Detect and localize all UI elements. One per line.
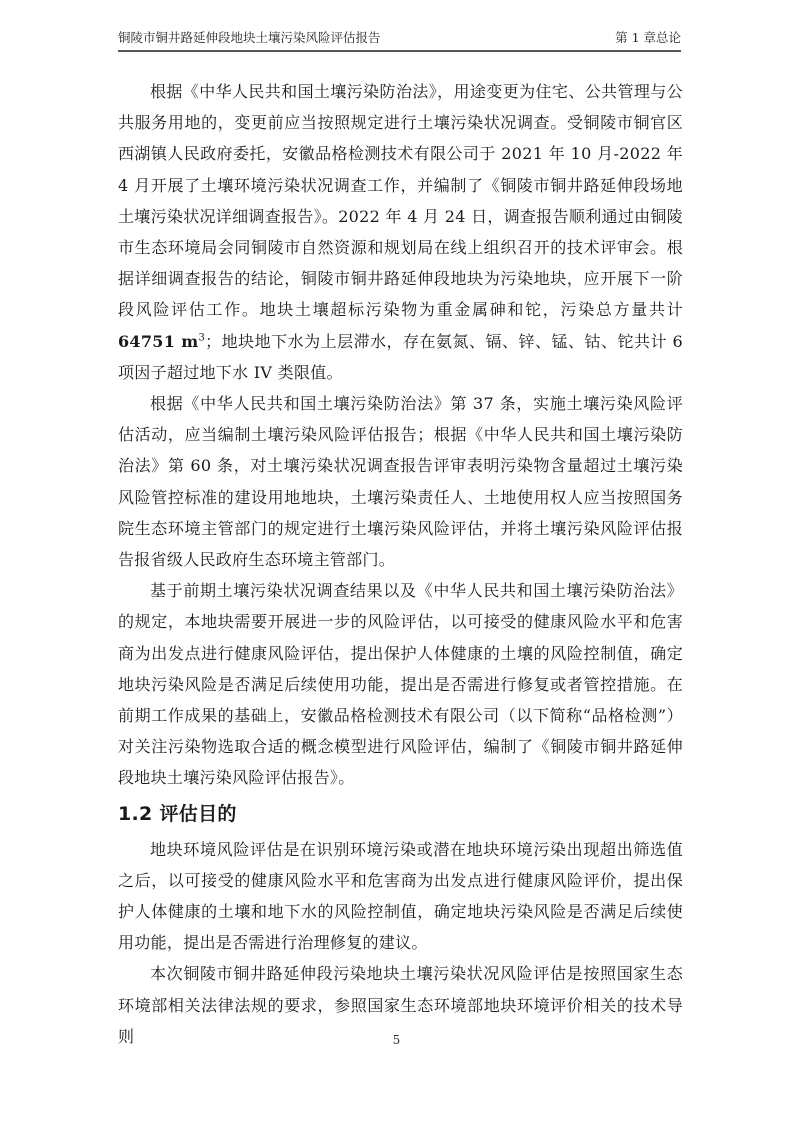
page-body: 根据《中华人民共和国土壤污染防治法》，用途变更为住宅、公共管理与公共服务用地的，… <box>118 76 683 1052</box>
body-paragraph-3: 基于前期土壤污染状况调查结果以及《中华人民共和国土壤污染防治法》的规定，本地块需… <box>118 575 683 793</box>
header-document-title: 铜陵市铜井路延伸段地块土壤污染风险评估报告 <box>118 28 381 46</box>
pollutant-volume: 64751 m <box>118 332 198 351</box>
page-header: 铜陵市铜井路延伸段地块土壤污染风险评估报告 第 1 章总论 <box>118 26 681 46</box>
body-paragraph-2: 根据《中华人民共和国土壤污染防治法》第 37 条，实施土壤污染风险评估活动，应当… <box>118 388 683 575</box>
body-paragraph-1: 根据《中华人民共和国土壤污染防治法》，用途变更为住宅、公共管理与公共服务用地的，… <box>118 76 683 388</box>
section-heading-1-2: 1.2 评估目的 <box>118 796 683 832</box>
pollutant-sentence-pre: 地块土壤超标污染物为重金属砷和铊，污染总方量共计 <box>260 300 683 319</box>
page-number: 5 <box>0 1033 793 1047</box>
section-1-2-paragraph-1: 地块环境风险评估是在识别环境污染或潜在地块环境污染出现超出筛选值之后，以可接受的… <box>118 834 683 959</box>
header-divider <box>118 50 681 52</box>
paragraph-1-text: 根据《中华人民共和国土壤污染防治法》，用途变更为住宅、公共管理与公共服务用地的，… <box>118 82 683 319</box>
header-chapter: 第 1 章总论 <box>615 28 681 46</box>
